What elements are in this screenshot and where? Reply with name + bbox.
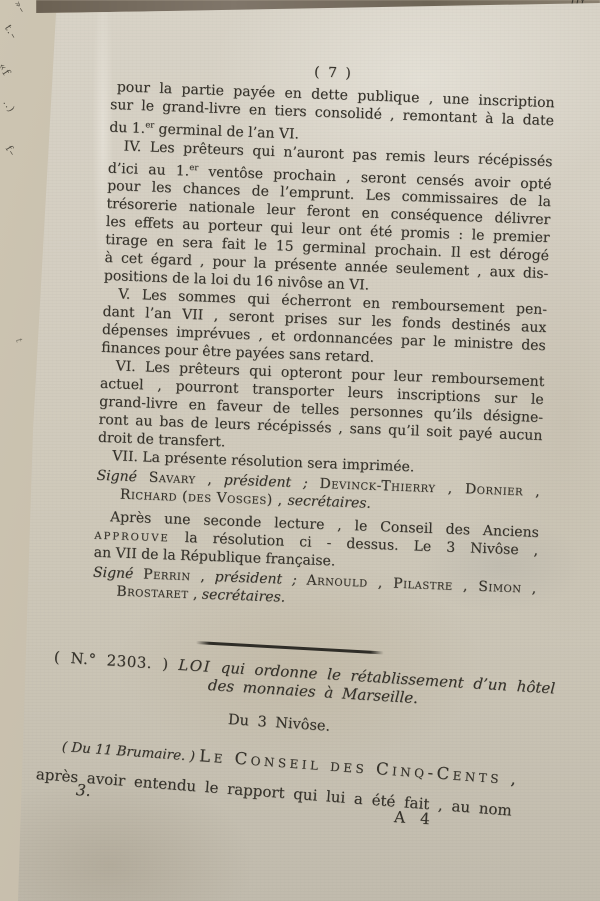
signature-mark-left: 3. <box>75 781 91 800</box>
edge-text-fragment: »– <box>11 0 27 16</box>
book-photo: »– t.– «f ..) f– t III. ( 7 ) pour la pa… <box>0 0 600 901</box>
edge-text-fragment: t <box>13 338 24 345</box>
law-title-word: LOI <box>178 656 212 676</box>
gathering-mark: A 4 <box>393 808 430 828</box>
edge-text-fragment: «f <box>0 61 13 79</box>
article-vi: VI. Les prêteurs qui opteront pour leur … <box>98 357 545 463</box>
edge-text-fragment: ..) <box>0 98 16 115</box>
resolution-text-block: ( 7 ) pour la partie payée en dette publ… <box>92 56 556 616</box>
edge-text-fragment: f– <box>3 144 18 159</box>
edge-text-fragment: t.– <box>2 23 19 42</box>
article-iv: IV. Les prêteurs qui n’auront pas remis … <box>104 137 553 302</box>
document-page: ( 7 ) pour la partie payée en dette publ… <box>0 0 600 901</box>
